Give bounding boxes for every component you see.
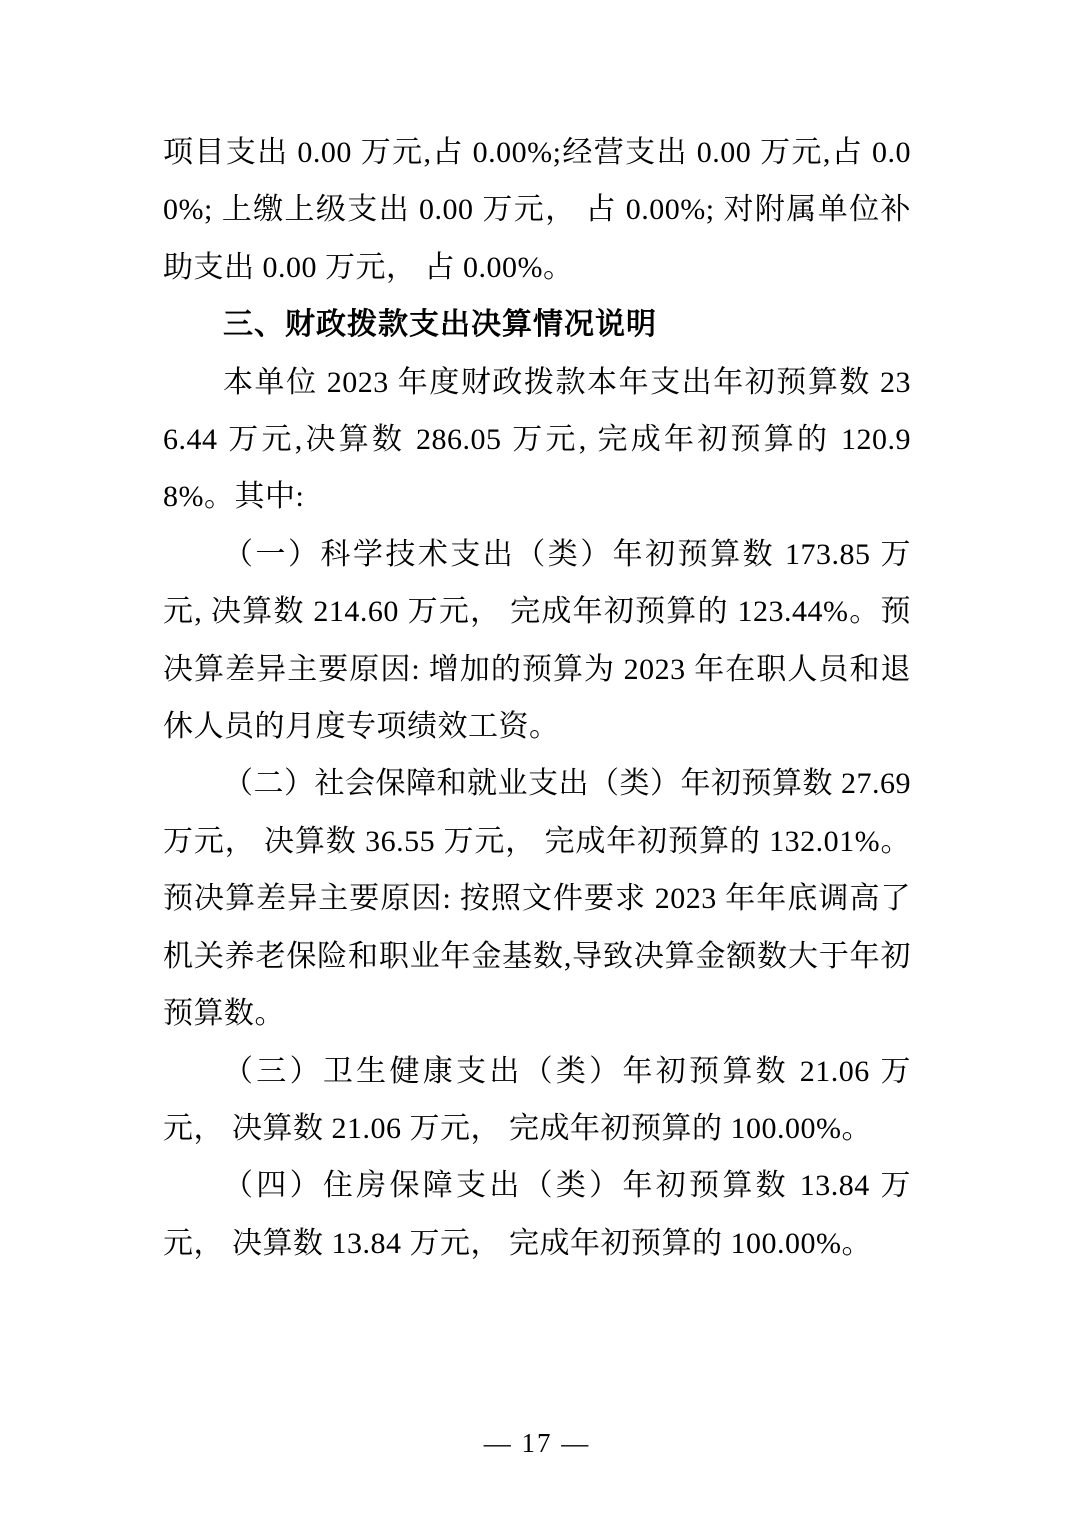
body-paragraph-item-4: （四）住房保障支出（类）年初预算数 13.84 万元， 决算数 13.84 万元… xyxy=(163,1157,911,1272)
body-paragraph-item-2: （二）社会保障和就业支出（类）年初预算数 27.69 万元， 决算数 36.55… xyxy=(163,755,911,1042)
body-paragraph-continuation: 项目支出 0.00 万元,占 0.00%;经营支出 0.00 万元,占 0.00… xyxy=(163,124,911,296)
body-paragraph-item-3: （三）卫生健康支出（类）年初预算数 21.06 万元， 决算数 21.06 万元… xyxy=(163,1043,911,1158)
page-number: — 17 — xyxy=(0,1428,1074,1459)
section-heading: 三、财政拨款支出决算情况说明 xyxy=(163,296,911,353)
body-paragraph: 本单位 2023 年度财政拨款本年支出年初预算数 236.44 万元,决算数 2… xyxy=(163,354,911,526)
page-content: 项目支出 0.00 万元,占 0.00%;经营支出 0.00 万元,占 0.00… xyxy=(163,124,911,1272)
document-page: 项目支出 0.00 万元,占 0.00%;经营支出 0.00 万元,占 0.00… xyxy=(0,0,1074,1520)
body-paragraph-item-1: （一）科学技术支出（类）年初预算数 173.85 万元, 决算数 214.60 … xyxy=(163,526,911,756)
